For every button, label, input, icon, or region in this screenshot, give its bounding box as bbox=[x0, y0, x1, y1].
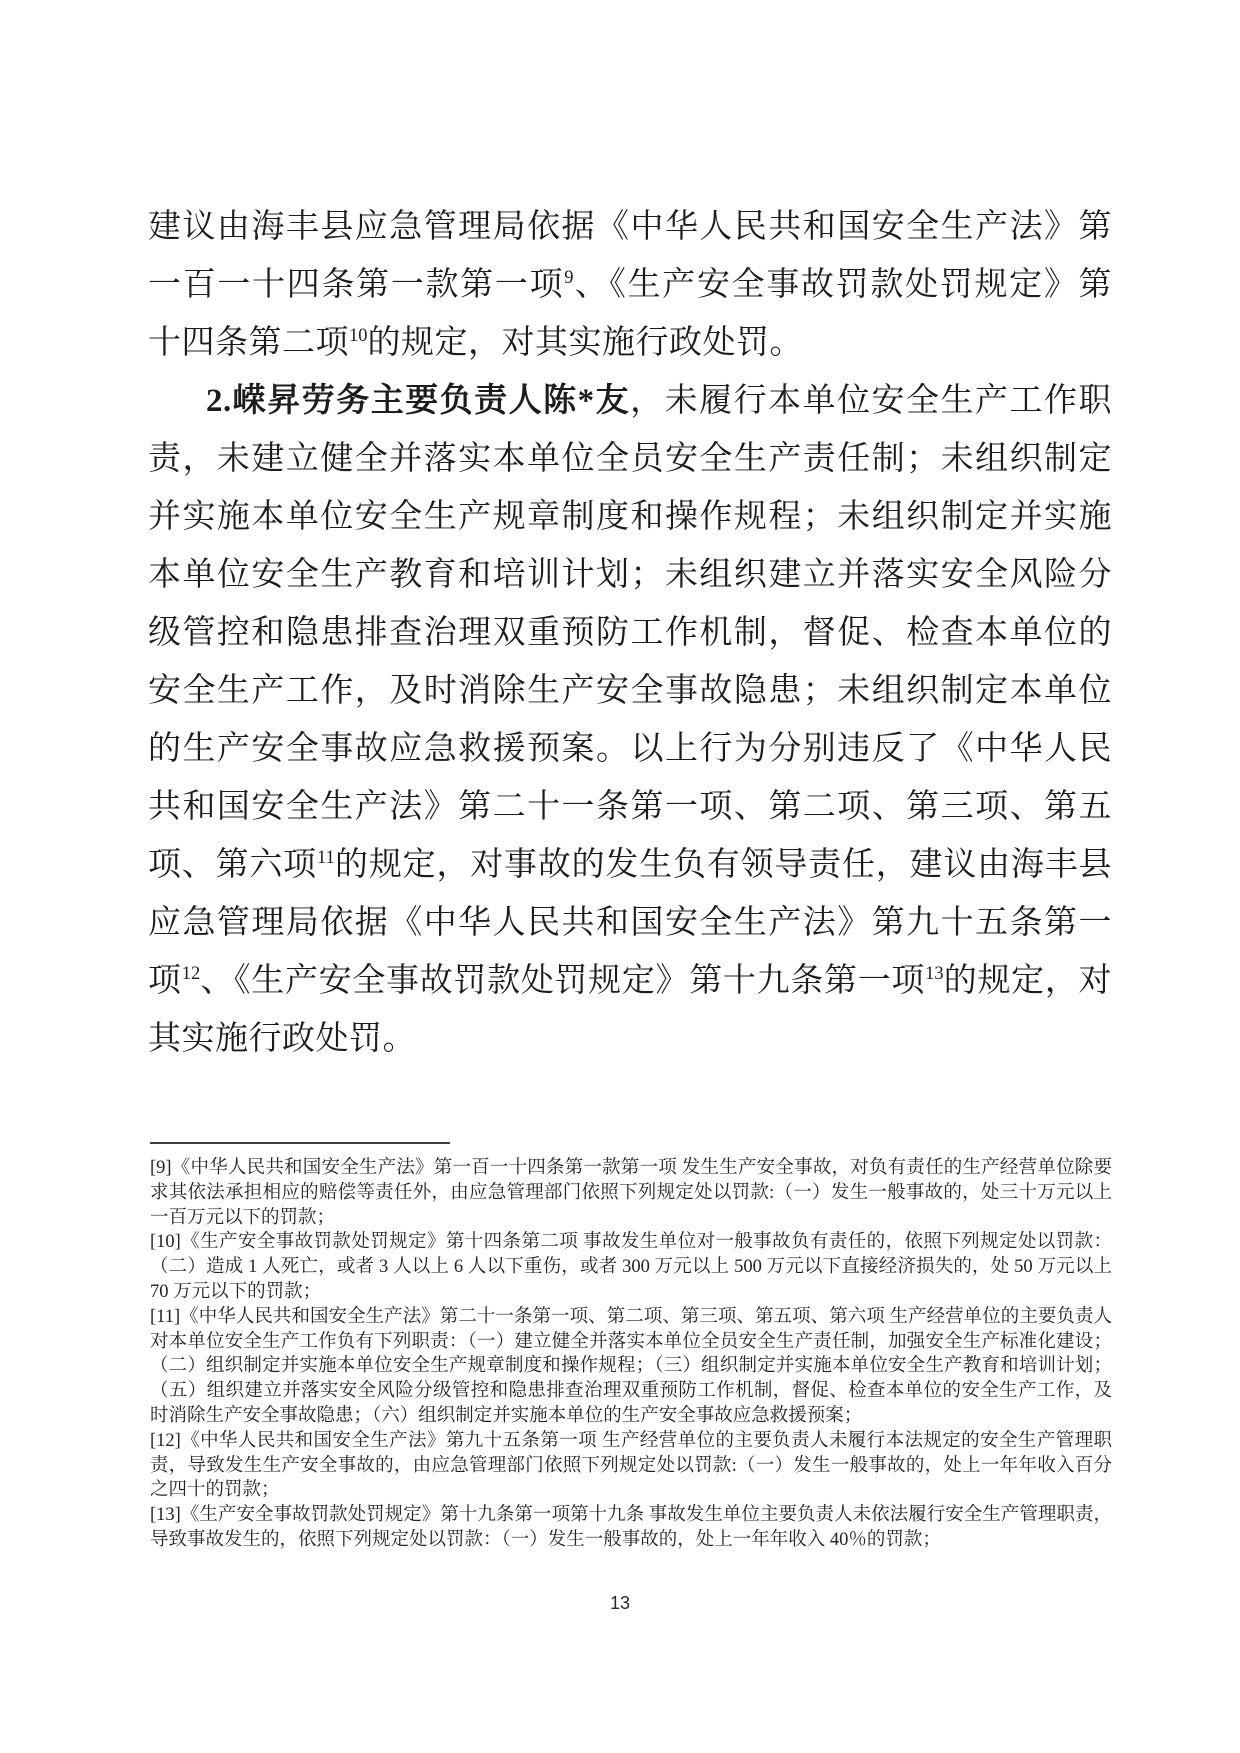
footnote-item: [13]《生产安全事故罚款处罚规定》第十九条第一项第十九条 事故发生单位主要负责… bbox=[150, 1503, 1112, 1553]
text-run: 、《生产安全事故罚款处罚规定》第十九条第一项 bbox=[200, 963, 925, 999]
body-paragraph: 2.嵘昇劳务主要负责人陈*友，未履行本单位安全生产工作职责，未建立健全并落实本单… bbox=[148, 372, 1112, 1068]
footnote-reference-superscript: 13 bbox=[925, 963, 943, 983]
footnote-item: [10]《生产安全事故罚款处罚规定》第十四条第二项 事故发生单位对一般事故负有责… bbox=[150, 1230, 1112, 1304]
footnote-item: [11]《中华人民共和国安全生产法》第二十一条第一项、第二项、第三项、第五项、第… bbox=[150, 1305, 1112, 1429]
footnote-separator bbox=[150, 1142, 450, 1144]
footnote-text: 《中华人民共和国安全生产法》第一百一十四条第一款第一项 发生生产安全事故，对负有… bbox=[150, 1158, 1112, 1228]
footnote-text: 《生产安全事故罚款处罚规定》第十九条第一项第十九条 事故发生单位主要负责人未依法… bbox=[150, 1505, 1112, 1550]
footnote-label: [12] bbox=[150, 1431, 181, 1451]
footnote-item: [9]《中华人民共和国安全生产法》第一百一十四条第一款第一项 发生生产安全事故，… bbox=[150, 1156, 1112, 1230]
document-body: 建议由海丰县应急管理局依据《中华人民共和国安全生产法》第一百一十四条第一款第一项… bbox=[148, 198, 1112, 1068]
footnote-reference-superscript: 10 bbox=[349, 325, 367, 345]
text-run: ，未履行本单位安全生产工作职责，未建立健全并落实本单位全员安全生产责任制；未组织… bbox=[148, 383, 1112, 883]
footnote-text: 《生产安全事故罚款处罚规定》第十四条第二项 事故发生单位对一般事故负有责任的，依… bbox=[150, 1232, 1112, 1302]
footnote-label: [10] bbox=[150, 1232, 181, 1252]
page-number: 13 bbox=[0, 1593, 1240, 1614]
footnote-reference-superscript: 11 bbox=[317, 847, 335, 867]
footnote-label: [11] bbox=[150, 1307, 180, 1327]
text-run: 2.嵘昇劳务主要负责人陈*友 bbox=[206, 383, 630, 419]
footnote-item: [12]《中华人民共和国安全生产法》第九十五条第一项 生产经营单位的主要负责人未… bbox=[150, 1429, 1112, 1503]
footnote-reference-superscript: 12 bbox=[182, 963, 200, 983]
body-paragraph: 建议由海丰县应急管理局依据《中华人民共和国安全生产法》第一百一十四条第一款第一项… bbox=[148, 198, 1112, 372]
footnote-label: [9] bbox=[150, 1158, 172, 1178]
document-page: 建议由海丰县应急管理局依据《中华人民共和国安全生产法》第一百一十四条第一款第一项… bbox=[0, 0, 1240, 1753]
footnote-text: 《中华人民共和国安全生产法》第九十五条第一项 生产经营单位的主要负责人未履行本法… bbox=[150, 1431, 1112, 1501]
footnote-label: [13] bbox=[150, 1505, 181, 1525]
footnote-text: 《中华人民共和国安全生产法》第二十一条第一项、第二项、第三项、第五项、第六项 生… bbox=[150, 1307, 1112, 1426]
text-run: 的规定，对其实施行政处罚。 bbox=[367, 325, 803, 361]
footnotes-section: [9]《中华人民共和国安全生产法》第一百一十四条第一款第一项 发生生产安全事故，… bbox=[150, 1156, 1112, 1553]
footnote-reference-superscript: 9 bbox=[564, 267, 573, 287]
